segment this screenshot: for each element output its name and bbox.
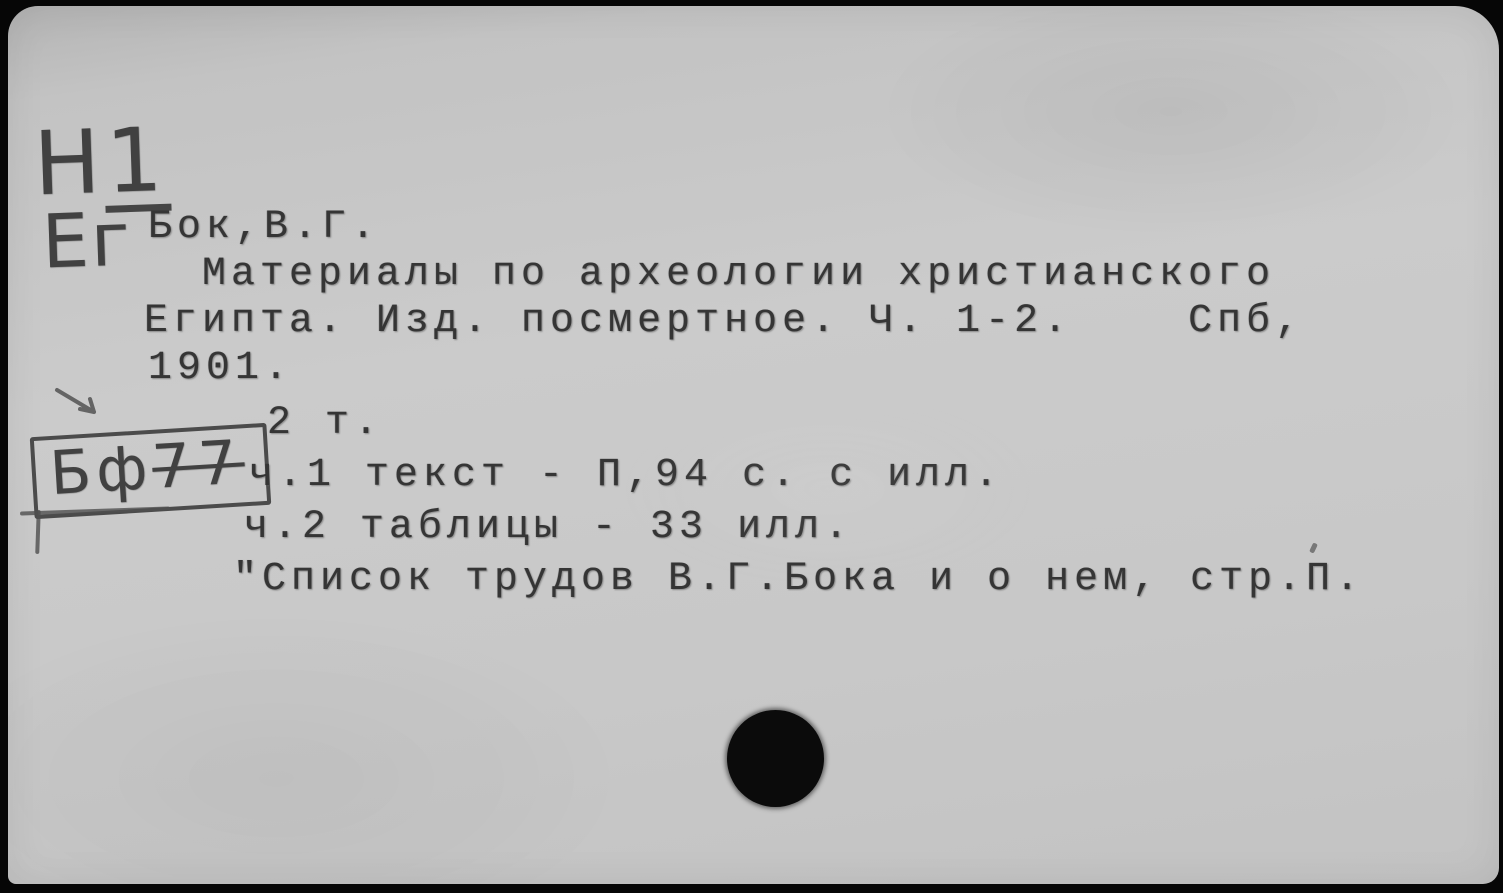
year-line: 1901. [148, 347, 293, 391]
format-stamp-box: Бф77 [30, 423, 271, 519]
part1-line: ч.1 текст - П,94 с. с илл. [249, 454, 1003, 498]
hole-punch-mark [727, 710, 824, 807]
format-stamp-digits: 77 [150, 427, 246, 503]
ink-speck [1309, 542, 1318, 553]
volumes-line: 2 т. [267, 402, 383, 446]
pencil-vertical-line [35, 510, 41, 554]
note-line: "Список трудов В.Г.Бока и о нем, стр.П. [233, 558, 1364, 602]
title-line-1: Материалы по археологии христианского [202, 253, 1275, 297]
scanner-background: { "colors": { "scan_background": "#06060… [0, 0, 1503, 893]
part2-line: ч.2 таблицы - 33 илл. [244, 506, 853, 550]
author-line: Бок,В.Г. [148, 206, 380, 250]
catalog-card: Н1 Ег Бф77 Бок,В.Г. Материалы по археоло… [8, 6, 1499, 884]
shelf-mark-bottom: Ег [41, 202, 133, 279]
pencil-arrow-icon [54, 384, 106, 424]
title-line-2: Египта. Изд. посмертное. Ч. 1-2. Спб, [144, 300, 1304, 344]
format-stamp-prefix: Бф [48, 433, 155, 509]
